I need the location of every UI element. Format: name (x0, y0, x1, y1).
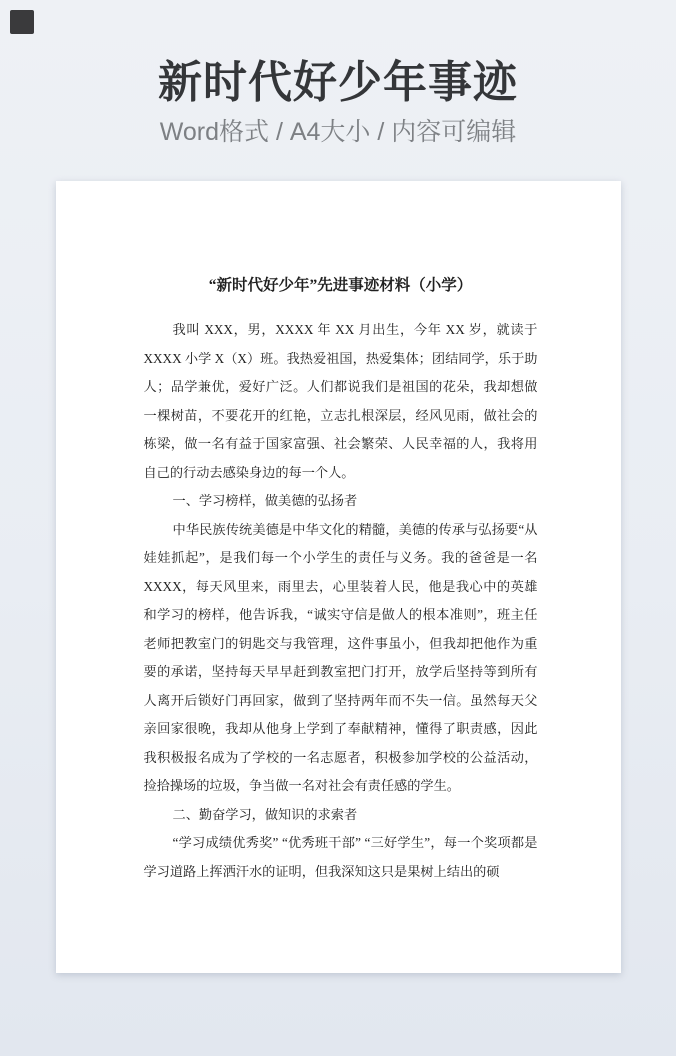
document-body: 我叫 XXX，男，XXXX 年 XX 月出生，今年 XX 岁，就读于 XXXX … (144, 316, 538, 886)
body-paragraph: 我叫 XXX，男，XXXX 年 XX 月出生，今年 XX 岁，就读于 XXXX … (144, 316, 538, 487)
body-paragraph: “学习成绩优秀奖” “优秀班干部” “三好学生”，每一个奖项都是学习道路上挥洒汗… (144, 829, 538, 886)
page-header: 新时代好少年事迹 Word格式 / A4大小 / 内容可编辑 (0, 0, 676, 148)
document-content: “新时代好少年”先进事迹材料（小学） 我叫 XXX，男，XXXX 年 XX 月出… (144, 274, 538, 886)
section-heading: 一、学习榜样，做美德的弘扬者 (144, 487, 538, 516)
document-title: “新时代好少年”先进事迹材料（小学） (144, 274, 538, 298)
page-title: 新时代好少年事迹 (0, 56, 676, 110)
section-heading: 二、勤奋学习，做知识的求索者 (144, 801, 538, 830)
body-paragraph: 中华民族传统美德是中华文化的精髓，美德的传承与弘扬要“从娃娃抓起”，是我们每一个… (144, 516, 538, 801)
document-page-preview: “新时代好少年”先进事迹材料（小学） 我叫 XXX，男，XXXX 年 XX 月出… (56, 181, 621, 973)
corner-mark (10, 10, 34, 34)
page-subtitle: Word格式 / A4大小 / 内容可编辑 (0, 116, 676, 148)
